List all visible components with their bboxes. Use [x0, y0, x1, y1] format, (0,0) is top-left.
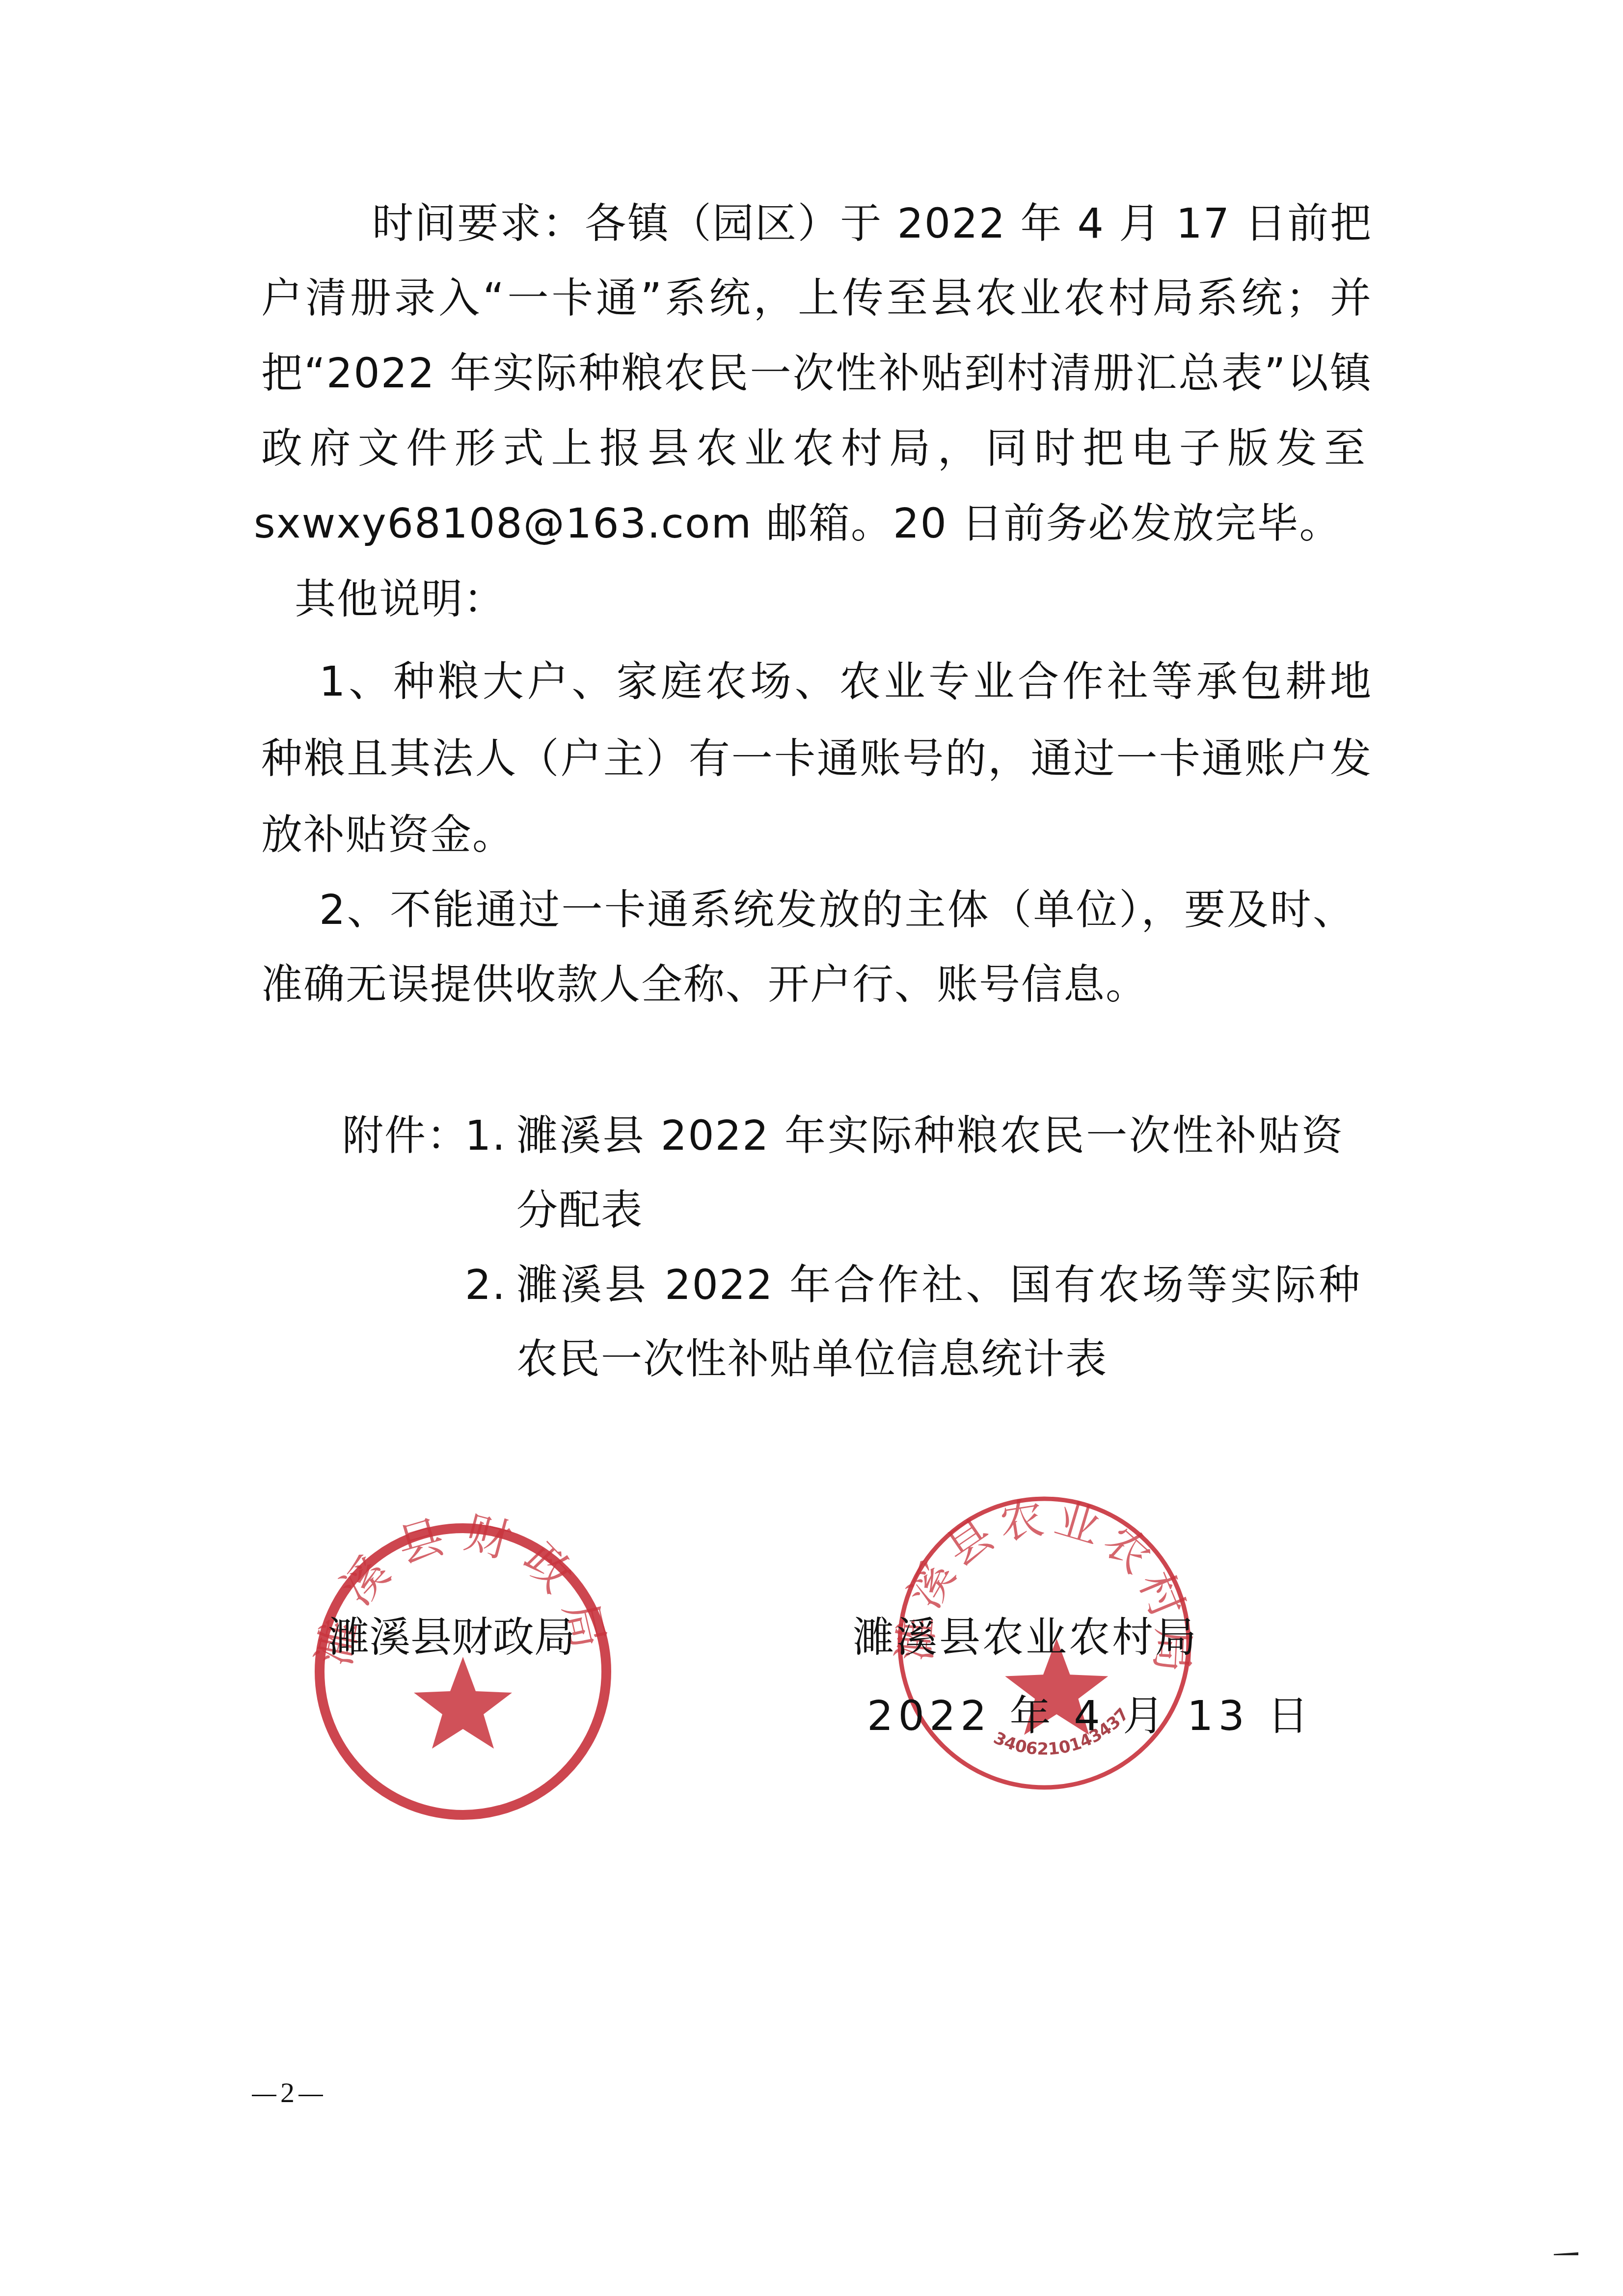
- attachment-2-line-2: 农民一次性补贴单位信息统计表: [516, 1332, 1108, 1386]
- attachments-label: 附件：: [342, 1108, 469, 1162]
- time-requirement-line-2: 户清册录入“一卡通”系统，上传至县农业农村局系统；并: [261, 271, 1372, 325]
- note-item-2-line-2: 准确无误提供收款人全称、开户行、账号信息。: [261, 957, 1148, 1011]
- time-requirement-line-5: sxwxy68108@163.com 邮箱。20 日前务必发放完毕。: [254, 496, 1342, 550]
- attachment-2-line-1: 濉溪县 2022 年合作社、国有农场等实际种粮: [516, 1258, 1361, 1312]
- signature-agri-bureau: 濉溪县农业农村局: [853, 1610, 1198, 1664]
- attachment-2-number: 2.: [465, 1258, 506, 1312]
- attachment-1-number: 1.: [465, 1108, 506, 1162]
- time-requirement-line-4: 政府文件形式上报县农业农村局，同时把电子版发至: [261, 421, 1372, 475]
- attachment-1-line-2: 分配表: [516, 1183, 643, 1237]
- page-number: 2: [248, 2077, 327, 2109]
- other-notes-heading: 其他说明：: [295, 572, 506, 626]
- seal-finance-icon: 濉溪县财政局: [313, 1522, 613, 1821]
- note-item-2-line-1: 2、不能通过一卡通系统发放的主体（单位），要及时、: [319, 883, 1355, 937]
- dash-left: [252, 2095, 276, 2096]
- note-item-1-line-3: 放补贴资金。: [261, 808, 514, 862]
- signature-date: 2022 年 4 月 13 日: [867, 1689, 1314, 1743]
- attachment-1-line-1: 濉溪县 2022 年实际种粮农民一次性补贴资金: [516, 1108, 1344, 1162]
- time-requirement-line-3: 把“2022 年实际种粮农民一次性补贴到村清册汇总表”以镇: [261, 346, 1372, 400]
- note-item-1-line-1: 1、种粮大户、家庭农场、农业专业合作社等承包耕地: [319, 654, 1372, 708]
- dash-right: [298, 2095, 323, 2096]
- finance-bureau-seal: 濉溪县财政局: [313, 1522, 613, 1821]
- signature-finance-bureau: 濉溪县财政局: [328, 1610, 575, 1664]
- page-number-value: 2: [280, 2077, 295, 2108]
- time-requirement-line-1: 时间要求：各镇（园区）于 2022 年 4 月 17 日前把到: [372, 196, 1372, 250]
- note-item-1-line-2: 种粮且其法人（户主）有一卡通账号的，通过一卡通账户发: [261, 731, 1372, 785]
- scan-mark: [1554, 2252, 1578, 2255]
